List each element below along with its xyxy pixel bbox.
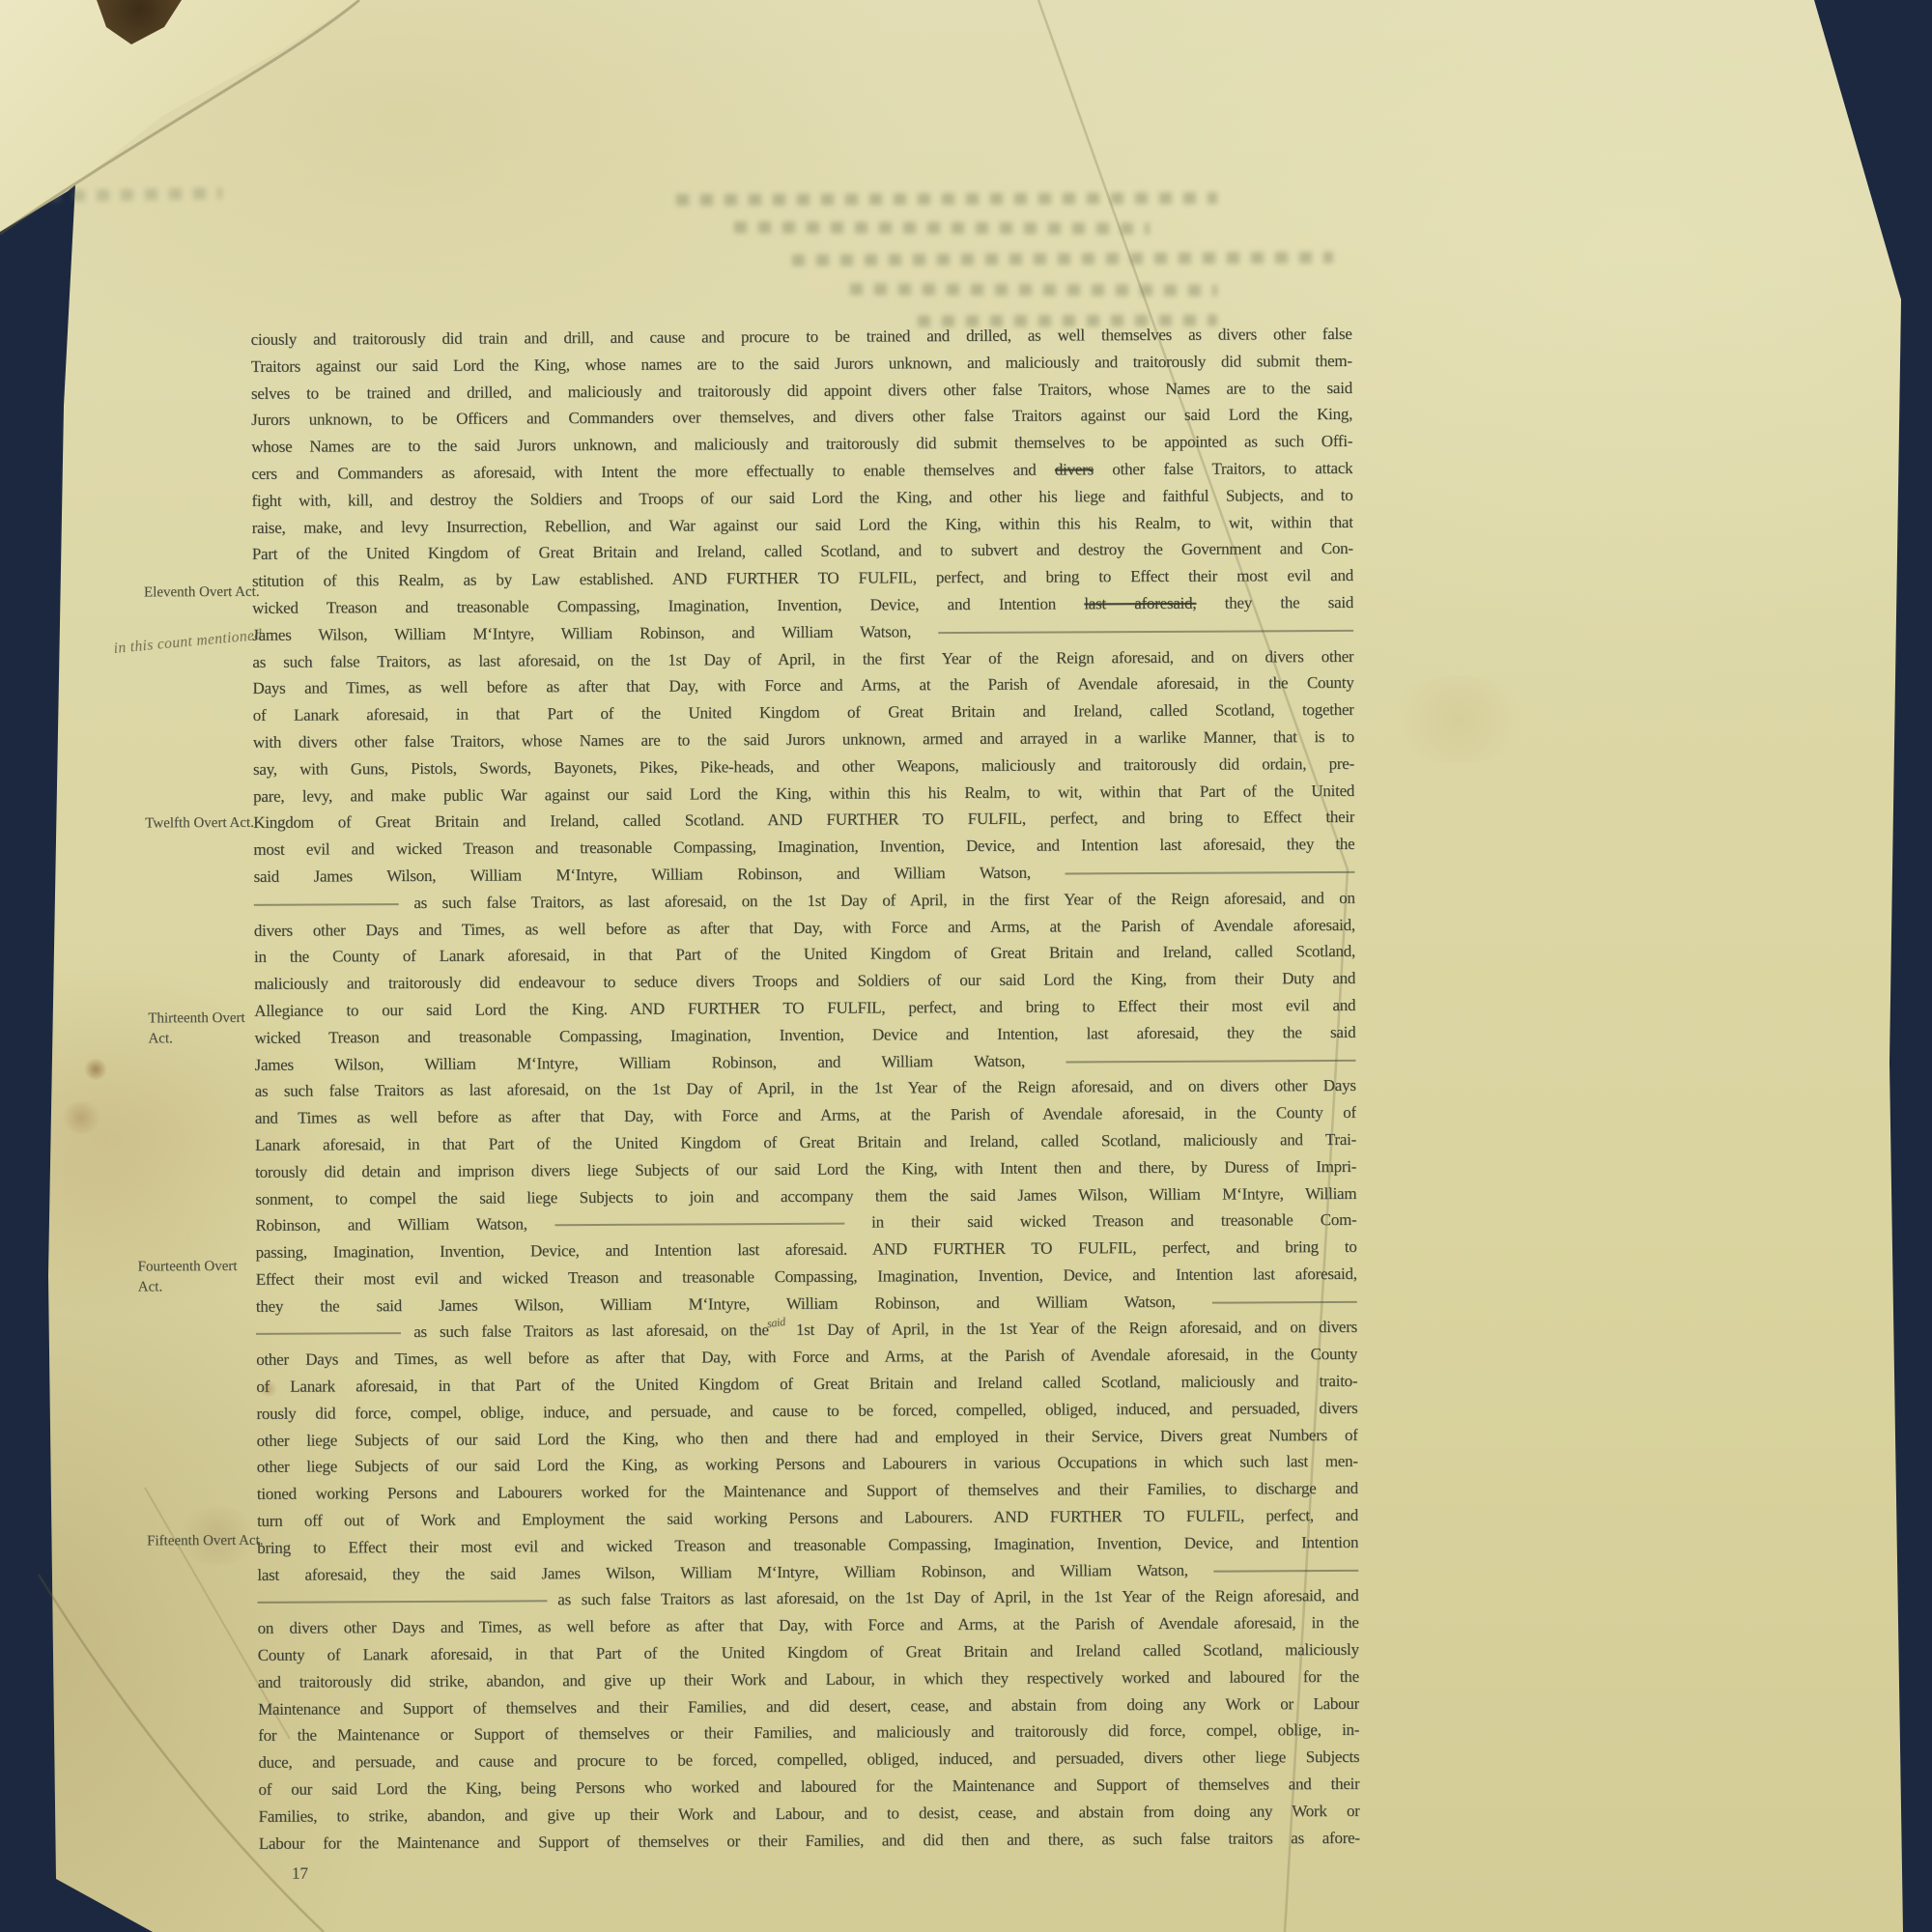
fill-rule [1065,867,1355,875]
margin-note-twelfth-overt-act: Twelfth Overt Act. [145,813,263,835]
text-line: Labour for the Maintenance and Support o… [259,1825,1360,1858]
fill-rule [254,898,399,906]
fill-rule [554,1218,844,1227]
fill-rule [1213,1565,1358,1573]
margin-note-fourteenth-overt-act: Fourteenth Overt Act. [138,1257,256,1298]
margin-note-fifteenth-overt-act: Fifteenth Overt Act. [147,1531,265,1552]
interlined-handwriting: said [765,1314,786,1338]
fill-rule [256,1328,401,1336]
margin-note-thirteenth-overt-act: Thirteenth Overt Act. [148,1009,266,1050]
fill-rule [257,1596,547,1605]
struck-out-text: last aforesaid, [1084,594,1196,613]
page-number: 17 [292,1864,308,1884]
page-content: Eleventh Overt Act. in this count mentio… [0,0,1932,1932]
margin-note-eleventh-overt-act: Eleventh Overt Act. [144,582,262,604]
body-text: ciously and traitorously did train and d… [251,321,1360,1857]
fill-rule [1066,1054,1356,1063]
struck-out-text: divers [1055,460,1094,478]
fill-rule [1212,1296,1357,1304]
fill-rule [938,625,1353,634]
